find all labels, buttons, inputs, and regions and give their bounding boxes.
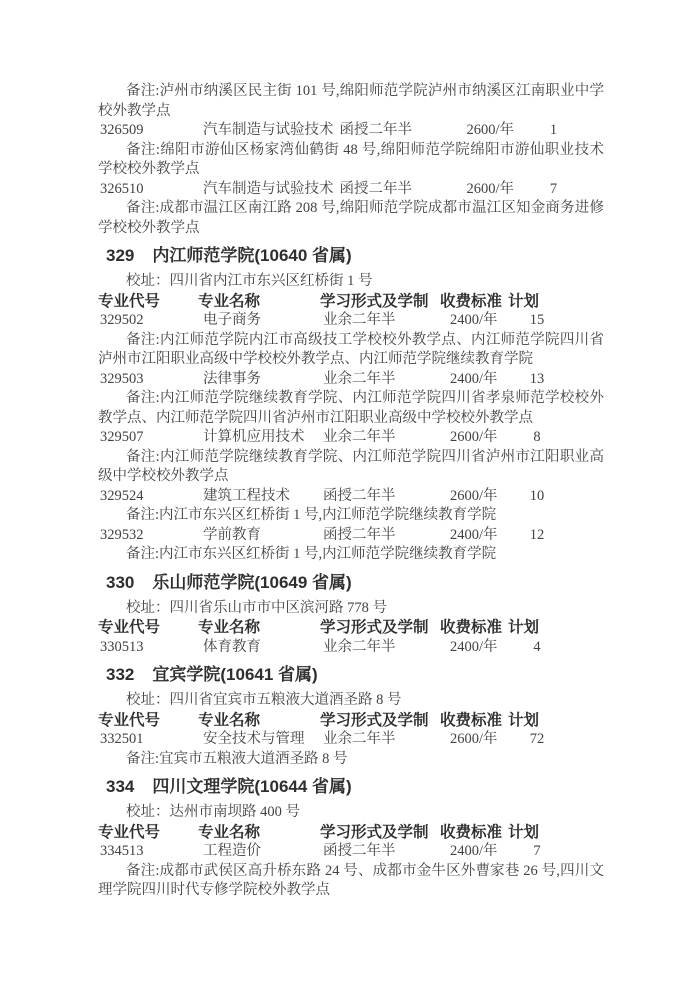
table-header: 专业代号 专业名称 学习形式及学制 收费标准 计划 xyxy=(98,618,604,638)
header-code: 专业代号 xyxy=(98,711,198,731)
campus-address-label: 校址： xyxy=(126,273,170,289)
program-note: 备注:宜宾市五粮液大道酒圣路 8 号 xyxy=(98,750,604,770)
program-fee: 2400/年 xyxy=(450,526,527,546)
program-name: 工程造价 xyxy=(203,842,323,862)
header-fee: 收费标准 xyxy=(440,823,508,843)
section-number: 332 xyxy=(106,665,134,684)
campus-address: 校址：四川省乐山市市中区滨河路 778 号 xyxy=(98,599,604,619)
program-name: 电子商务 xyxy=(203,311,323,331)
program-note: 备注:内江市东兴区红桥街 1 号,内江师范学院继续教育学院 xyxy=(98,506,604,526)
program-row: 329507 计算机应用技术 业余二年半 2600/年 8 xyxy=(98,428,604,448)
program-form: 业余二年半 xyxy=(323,311,450,331)
campus-address-value: 四川省内江市东兴区红桥街 1 号 xyxy=(170,273,373,289)
campus-address: 校址：四川省宜宾市五粮液大道酒圣路 8 号 xyxy=(98,691,604,711)
header-code: 专业代号 xyxy=(98,618,198,638)
header-name: 专业名称 xyxy=(198,711,320,731)
program-fee: 2400/年 xyxy=(450,842,527,862)
program-plan: 8 xyxy=(527,428,547,448)
program-plan: 10 xyxy=(527,487,547,507)
table-header: 专业代号 专业名称 学习形式及学制 收费标准 计划 xyxy=(98,823,604,843)
header-form: 学习形式及学制 xyxy=(320,292,440,312)
program-fee: 2400/年 xyxy=(450,370,527,390)
program-fee: 2600/年 xyxy=(467,180,544,200)
program-note: 备注:成都市武侯区高升桥东路 24 号、成都市金牛区外曹家巷 26 号,四川文理… xyxy=(98,862,604,901)
program-name: 体育教育 xyxy=(203,638,323,658)
program-note: 备注:内江师范学院继续教育学院、内江师范学院四川省孝泉师范学校校外教学点、内江师… xyxy=(98,389,604,428)
program-plan: 1 xyxy=(544,121,564,141)
program-name: 建筑工程技术 xyxy=(203,487,323,507)
header-code: 专业代号 xyxy=(98,292,198,312)
program-code: 329503 xyxy=(98,370,203,390)
section-number: 329 xyxy=(106,246,134,265)
header-name: 专业名称 xyxy=(198,292,320,312)
program-code: 330513 xyxy=(98,638,203,658)
program-row: 329503 法律事务 业余二年半 2400/年 13 xyxy=(98,370,604,390)
header-form: 学习形式及学制 xyxy=(320,618,440,638)
program-row: 329532 学前教育 函授二年半 2400/年 12 xyxy=(98,526,604,546)
campus-address-label: 校址： xyxy=(126,692,170,708)
section-title: 四川文理学院(10644 省属) xyxy=(152,777,351,796)
program-form: 函授二年半 xyxy=(323,487,450,507)
header-form: 学习形式及学制 xyxy=(320,711,440,731)
document-content: 备注:泸州市纳溪区民主街 101 号,绵阳师范学院泸州市纳溪区江南职业中学校外教… xyxy=(98,82,604,901)
program-fee: 2600/年 xyxy=(467,121,544,141)
campus-address-label: 校址： xyxy=(126,600,170,616)
program-fee: 2600/年 xyxy=(450,487,527,507)
program-form: 函授二年半 xyxy=(323,842,450,862)
campus-address-label: 校址： xyxy=(126,804,170,820)
campus-address: 校址：四川省内江市东兴区红桥街 1 号 xyxy=(98,272,604,292)
program-form: 业余二年半 xyxy=(323,638,450,658)
program-code: 329532 xyxy=(98,526,203,546)
program-form: 业余二年半 xyxy=(323,730,450,750)
program-plan: 4 xyxy=(527,638,547,658)
program-fee: 2400/年 xyxy=(450,311,527,331)
program-name: 计算机应用技术 xyxy=(203,428,323,448)
program-row: 329502 电子商务 业余二年半 2400/年 15 xyxy=(98,311,604,331)
program-name: 安全技术与管理 xyxy=(203,730,323,750)
campus-address-value: 四川省宜宾市五粮液大道酒圣路 8 号 xyxy=(170,692,402,708)
program-fee: 2400/年 xyxy=(450,638,527,658)
program-code: 326509 xyxy=(98,121,203,141)
program-note: 备注:内江市东兴区红桥街 1 号,内江师范学院继续教育学院 xyxy=(98,545,604,565)
program-form: 业余二年半 xyxy=(323,370,450,390)
program-form: 函授二年半 xyxy=(340,121,467,141)
program-fee: 2600/年 xyxy=(450,428,527,448)
program-fee: 2600/年 xyxy=(450,730,527,750)
header-plan: 计划 xyxy=(508,823,539,843)
program-form: 函授二年半 xyxy=(340,180,467,200)
section-title: 内江师范学院(10640 省属) xyxy=(152,246,351,265)
header-fee: 收费标准 xyxy=(440,711,508,731)
section-heading: 329内江师范学院(10640 省属) xyxy=(98,244,604,268)
header-name: 专业名称 xyxy=(198,618,320,638)
program-note: 备注:泸州市纳溪区民主街 101 号,绵阳师范学院泸州市纳溪区江南职业中学校外教… xyxy=(98,82,604,121)
header-name: 专业名称 xyxy=(198,823,320,843)
section-title: 宜宾学院(10641 省属) xyxy=(152,665,317,684)
program-plan: 7 xyxy=(544,180,564,200)
program-plan: 12 xyxy=(527,526,547,546)
header-plan: 计划 xyxy=(508,618,539,638)
program-name: 学前教育 xyxy=(203,526,323,546)
program-note: 备注:绵阳市游仙区杨家湾仙鹤街 48 号,绵阳师范学院绵阳市游仙职业技术学校校外… xyxy=(98,141,604,180)
header-code: 专业代号 xyxy=(98,823,198,843)
program-plan: 13 xyxy=(527,370,547,390)
campus-address-value: 达州市南坝路 400 号 xyxy=(170,804,301,820)
program-row: 334513 工程造价 函授二年半 2400/年 7 xyxy=(98,842,604,862)
section-heading: 334四川文理学院(10644 省属) xyxy=(98,775,604,799)
document-page: 备注:泸州市纳溪区民主街 101 号,绵阳师范学院泸州市纳溪区江南职业中学校外教… xyxy=(0,0,700,989)
program-note: 备注:成都市温江区南江路 208 号,绵阳师范学院成都市温江区知金商务进修学校校… xyxy=(98,199,604,238)
section-heading: 330乐山师范学院(10649 省属) xyxy=(98,571,604,595)
program-plan: 72 xyxy=(527,730,547,750)
program-code: 326510 xyxy=(98,180,203,200)
program-name: 汽车制造与试验技术 xyxy=(203,180,340,200)
program-code: 329524 xyxy=(98,487,203,507)
header-fee: 收费标准 xyxy=(440,292,508,312)
program-note: 备注:内江师范学院内江市高级技工学校校外教学点、内江师范学院四川省泸州市江阳职业… xyxy=(98,331,604,370)
program-row: 330513 体育教育 业余二年半 2400/年 4 xyxy=(98,638,604,658)
program-code: 329507 xyxy=(98,428,203,448)
program-form: 函授二年半 xyxy=(323,526,450,546)
program-name: 汽车制造与试验技术 xyxy=(203,121,340,141)
program-row: 326510 汽车制造与试验技术 函授二年半 2600/年 7 xyxy=(98,180,604,200)
program-name: 法律事务 xyxy=(203,370,323,390)
header-form: 学习形式及学制 xyxy=(320,823,440,843)
header-plan: 计划 xyxy=(508,292,539,312)
program-note: 备注:内江师范学院继续教育学院、内江师范学院四川省泸州市江阳职业高级中学校校外教… xyxy=(98,448,604,487)
program-form: 业余二年半 xyxy=(323,428,450,448)
section-heading: 332宜宾学院(10641 省属) xyxy=(98,663,604,687)
section-number: 334 xyxy=(106,777,134,796)
program-row: 332501 安全技术与管理 业余二年半 2600/年 72 xyxy=(98,730,604,750)
program-row: 326509 汽车制造与试验技术 函授二年半 2600/年 1 xyxy=(98,121,604,141)
header-fee: 收费标准 xyxy=(440,618,508,638)
program-row: 329524 建筑工程技术 函授二年半 2600/年 10 xyxy=(98,487,604,507)
program-plan: 7 xyxy=(527,842,547,862)
program-plan: 15 xyxy=(527,311,547,331)
table-header: 专业代号 专业名称 学习形式及学制 收费标准 计划 xyxy=(98,711,604,731)
header-plan: 计划 xyxy=(508,711,539,731)
section-number: 330 xyxy=(106,573,134,592)
campus-address-value: 四川省乐山市市中区滨河路 778 号 xyxy=(170,600,388,616)
program-code: 332501 xyxy=(98,730,203,750)
section-title: 乐山师范学院(10649 省属) xyxy=(152,573,351,592)
program-code: 329502 xyxy=(98,311,203,331)
campus-address: 校址：达州市南坝路 400 号 xyxy=(98,803,604,823)
table-header: 专业代号 专业名称 学习形式及学制 收费标准 计划 xyxy=(98,292,604,312)
program-code: 334513 xyxy=(98,842,203,862)
